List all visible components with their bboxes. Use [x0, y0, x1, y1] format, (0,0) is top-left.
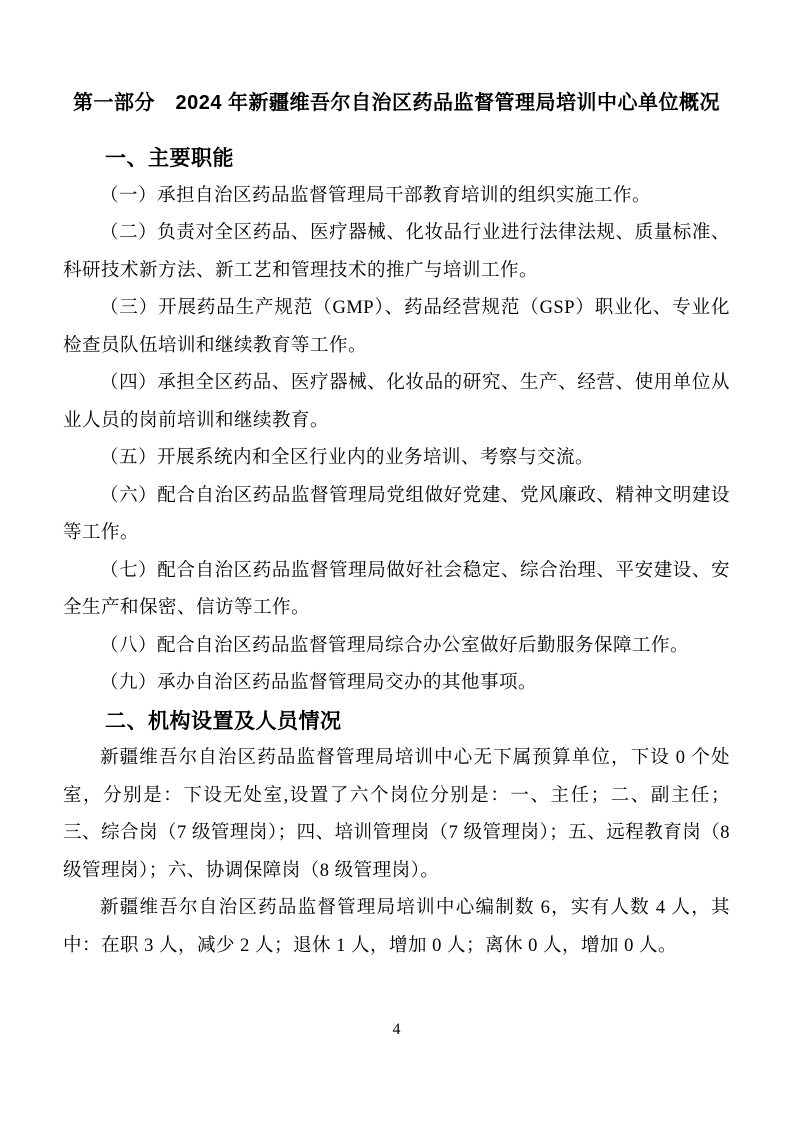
document-title: 第一部分 2024 年新疆维吾尔自治区药品监督管理局培训中心单位概况 [63, 88, 730, 118]
section2-paragraph-2: 新疆维吾尔自治区药品监督管理局培训中心编制数 6，实有人数 4 人，其中：在职 … [63, 890, 730, 965]
section1-heading: 一、主要职能 [63, 140, 730, 178]
section1-item-1: （一）承担自治区药品监督管理局干部教育培训的组织实施工作。 [63, 178, 730, 216]
page-number: 4 [0, 1017, 793, 1043]
section1-item-4: （四）承担全区药品、医疗器械、化妆品的研究、生产、经营、使用单位从业人员的岗前培… [63, 365, 730, 440]
section1-item-8: （八）配合自治区药品监督管理局综合办公室做好后勤服务保障工作。 [63, 628, 730, 666]
section1-item-3: （三）开展药品生产规范（GMP）、药品经营规范（GSP）职业化、专业化检查员队伍… [63, 290, 730, 365]
document-content: 第一部分 2024 年新疆维吾尔自治区药品监督管理局培训中心单位概况 一、主要职… [63, 88, 730, 965]
section1-item-6: （六）配合自治区药品监督管理局党组做好党建、党风廉政、精神文明建设等工作。 [63, 478, 730, 553]
section1-item-7: （七）配合自治区药品监督管理局做好社会稳定、综合治理、平安建设、安全生产和保密、… [63, 553, 730, 628]
section1-item-2: （二）负责对全区药品、医疗器械、化妆品行业进行法律法规、质量标准、科研技术新方法… [63, 215, 730, 290]
section2-paragraph-1: 新疆维吾尔自治区药品监督管理局培训中心无下属预算单位，下设 0 个处室，分别是：… [63, 740, 730, 890]
document-page: 第一部分 2024 年新疆维吾尔自治区药品监督管理局培训中心单位概况 一、主要职… [0, 0, 793, 1122]
section1-item-5: （五）开展系统内和全区行业内的业务培训、考察与交流。 [63, 440, 730, 478]
section1-item-9: （九）承办自治区药品监督管理局交办的其他事项。 [63, 665, 730, 703]
section2-heading: 二、机构设置及人员情况 [63, 703, 730, 741]
